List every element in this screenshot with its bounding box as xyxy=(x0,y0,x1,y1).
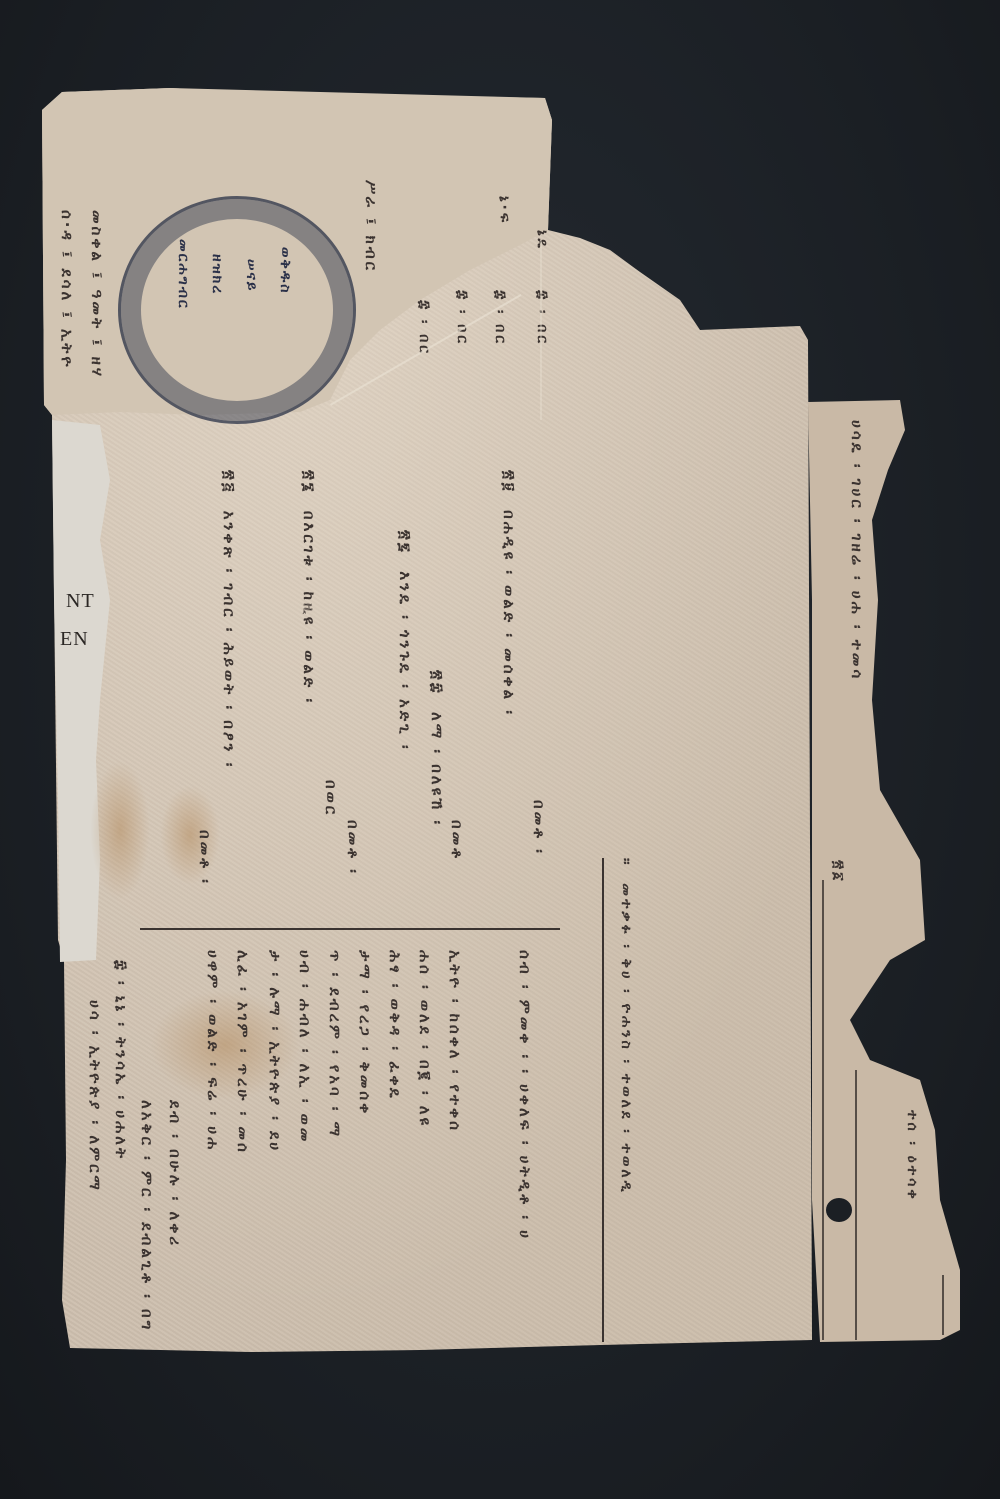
entry-text: በሐዲዩ ፡ ወልድ ፡ መሰቀል ፡ xyxy=(500,510,518,717)
end-mark: ። xyxy=(618,858,634,868)
text-column: ሀዋም ፡ ወልድ ፡ ፍሬ ፡ ሀሐ xyxy=(204,950,222,1152)
header-fragment: ፰ ፡ በር xyxy=(454,290,470,346)
entry-text: ለማ ፡ በለዩኸ ፡ xyxy=(428,712,446,827)
entry-text: በመቶ ፡ xyxy=(530,800,548,856)
text-column: ሀሳ ፡ ኢትዮጵያ ፡ ለምርማ xyxy=(86,1000,104,1193)
stamp-line: መርሐግብር xyxy=(175,239,191,310)
right-strip-lower-text: ተሰ ፡ ዕተሳቀ xyxy=(904,1110,920,1202)
strip-rule xyxy=(855,1070,857,1340)
stamp-line: ወቅዱስ xyxy=(277,247,293,294)
list-entry: በመቶ ፡ xyxy=(530,800,548,856)
list-entry: ፳፯ እንዴ ፡ ጎንጉዴ ፡ አድጊ ፡ xyxy=(396,530,414,752)
hole-in-paper xyxy=(826,1198,852,1222)
water-stain xyxy=(90,760,150,900)
circular-ink-stamp: መርሐግብር ዘዝክረ ሠናይ ወቅዱስ xyxy=(118,196,356,424)
flap-column: ሥራ ፤ ክብር xyxy=(362,180,380,273)
entry-text: አንቀጽ ፡ ገብር ፡ ሕይወት ፡ በፆን ፡ xyxy=(220,511,238,770)
entry-number: ፳፱ xyxy=(500,470,518,494)
list-entry: ፳፮ በእርገቱ ፡ ከዚዩ ፡ ወልድ ፡ xyxy=(300,470,318,705)
entry-text: በወር xyxy=(322,780,340,817)
entry-number: ፳፯ xyxy=(396,530,414,555)
list-entry: በመቶ ፡ xyxy=(344,820,362,876)
text-column: ሐሰ ፡ ወለደ ፡ በ፪ ፡ ለዩ xyxy=(416,950,434,1128)
header-fragment: ፰ ፡ በር xyxy=(492,290,508,346)
list-entry: በወር xyxy=(322,780,340,817)
entry-number: ፳፭ xyxy=(220,470,238,494)
label-line-2: EN xyxy=(60,628,89,651)
text-column: ለአቅር ፡ ምር ፡ ደብልጊቶ ፡ በግ xyxy=(138,1100,156,1332)
strip-rule xyxy=(822,880,824,1340)
header-fragment: ፰ ፡ በር xyxy=(534,290,550,346)
list-entry: ፳፱ በሐዲዩ ፡ ወልድ ፡ መሰቀል ፡ xyxy=(500,470,518,717)
flap-column: ሰ·ዳ ፤ ደሳለ ፤ ኢትዮ xyxy=(58,210,76,370)
right-strip-number: ፳፩ xyxy=(830,860,846,884)
entry-text: በመቶ ፡ xyxy=(196,830,214,886)
text-column: ፰ ፡ ኒኔ ፡ ትንሳኤ ፡ ሀሐለት xyxy=(112,960,130,1161)
label-line-1: NT xyxy=(66,590,95,613)
entry-number: ፳፰ xyxy=(428,670,446,696)
right-strip-text: ሀሳዴ ፡ ገሀር ፡ ገዘሬ ፡ ሀሐ ፡ ተመሳ xyxy=(848,420,866,681)
text-column: ሀብ ፡ ሐብለ ፡ ለኢ ፡ ወመ xyxy=(296,950,314,1144)
entry-text: በመቶ ፡ xyxy=(344,820,362,876)
flap-fragment: ኔ·ፍ xyxy=(496,196,512,225)
flap-fragment: ኔዴ xyxy=(534,230,550,251)
list-entry: በመቶ ፡ xyxy=(196,830,214,886)
section-divider xyxy=(140,928,560,930)
text-column: ሕፃ ፡ ወቅዳ ፡ ፈቀዴ xyxy=(386,950,404,1101)
list-entry: ፳፰ ለማ ፡ በለዩኸ ፡ xyxy=(428,670,446,827)
middle-column-text: ። መተቃፉ ፡ ቅሀ ፡ ዮሐንስ ፡ ተወለደ ፡ ተወለዲ xyxy=(618,858,634,1195)
flap-column: መስቀል ፤ ዓመት ፤ ዘሃ xyxy=(88,210,106,379)
column-rule xyxy=(602,858,604,1342)
stamp-line: ዘዝክረ xyxy=(209,254,225,295)
list-entry: በመቶ xyxy=(448,820,466,861)
text-column: ኢትዮ ፡ ከሰቀለ ፡ የተቀሰ xyxy=(446,950,464,1133)
text-column: ታ ፡ ሉማ ፡ ኢትዮጵያ ፡ ደሀ xyxy=(266,950,284,1153)
list-entry: ፳፭ አንቀጽ ፡ ገብር ፡ ሕይወት ፡ በፆን ፡ xyxy=(220,470,238,769)
fold-line xyxy=(540,240,542,420)
entry-text: በእርገቱ ፡ ከዚዩ ፡ ወልድ ፡ xyxy=(300,511,318,705)
entry-text: በመቶ xyxy=(448,820,466,861)
text-column: ሊፈ ፡ አገም ፡ ጥረሁ ፡ መሰ xyxy=(234,950,252,1155)
text-column-right: ሰብ ፡ ምመቀ ፡ ፡ ሀቀለፍ ፡ ሀትዲቶ ፡ ሀ xyxy=(516,950,534,1241)
text-column: ደብ ፡ በሁሉ ፡ ለቀሪ xyxy=(166,1100,184,1248)
text-column: ታማ ፡ የረጋ ፡ ቅመሰቀ xyxy=(356,950,374,1116)
entry-text: እንዴ ፡ ጎንጉዴ ፡ አድጊ ፡ xyxy=(396,571,414,751)
entry-number: ፳፮ xyxy=(300,470,318,494)
stamp-line: ሠናይ xyxy=(243,259,259,292)
strip-rule xyxy=(942,1275,944,1335)
middle-text: መተቃፉ ፡ ቅሀ ፡ ዮሐንስ ፡ ተወለደ ፡ ተወለዲ xyxy=(618,883,634,1194)
text-column: ጥ ፡ ደብረም ፡ የአባ ፡ ማ xyxy=(326,950,344,1139)
